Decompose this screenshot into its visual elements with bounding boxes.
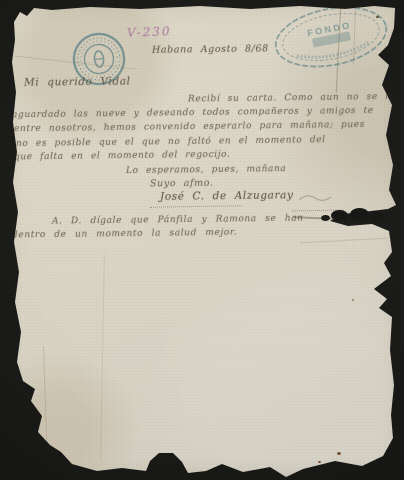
crease-line [100, 255, 105, 460]
body-line: entre nosotros, hemos convenido esperarl… [14, 120, 365, 134]
body-line: Recibí su carta. Como aun no se habían [188, 92, 404, 105]
stamp-illegible-arc [297, 42, 371, 63]
body-line: aguardado las nueve y deseando todos com… [12, 106, 374, 120]
tear-hole [370, 211, 384, 222]
foxing-speck [376, 16, 379, 18]
body-line: no es posible que el que no faltó en el … [16, 135, 326, 149]
postscript-line: dentro de un momento la salud mejor. [12, 228, 237, 241]
crease-line [43, 346, 48, 464]
tear-hole [350, 208, 369, 221]
foxing-speck [352, 299, 354, 301]
foxing-speck [318, 461, 321, 463]
accession-number: V-230 [127, 24, 172, 40]
signature: José C. de Alzugaray [160, 189, 294, 203]
crease-line [300, 238, 388, 244]
signature-flourish [298, 192, 332, 204]
body-line: que falta en el momento del regocijo. [14, 150, 230, 163]
letter-paper-sheet: V-230 FONDO Habana Agosto 8/68 Mi querid… [0, 0, 404, 480]
letter-date: Habana Agosto 8/68 [152, 43, 269, 55]
closing-line: Suyo afmo. [150, 178, 214, 190]
foxing-speck [337, 452, 341, 455]
oval-fondo-stamp: FONDO [265, 0, 397, 81]
postscript-line: A. D. dígale que Pánfila y Ramona se han [52, 213, 304, 226]
ink-dashes [150, 205, 242, 208]
closing-line: Lo esperamos, pues, mañana [126, 164, 286, 176]
scanned-letter-view: V-230 FONDO Habana Agosto 8/68 Mi querid… [0, 0, 404, 480]
letter-salutation: Mi querido Vidal [24, 75, 131, 88]
